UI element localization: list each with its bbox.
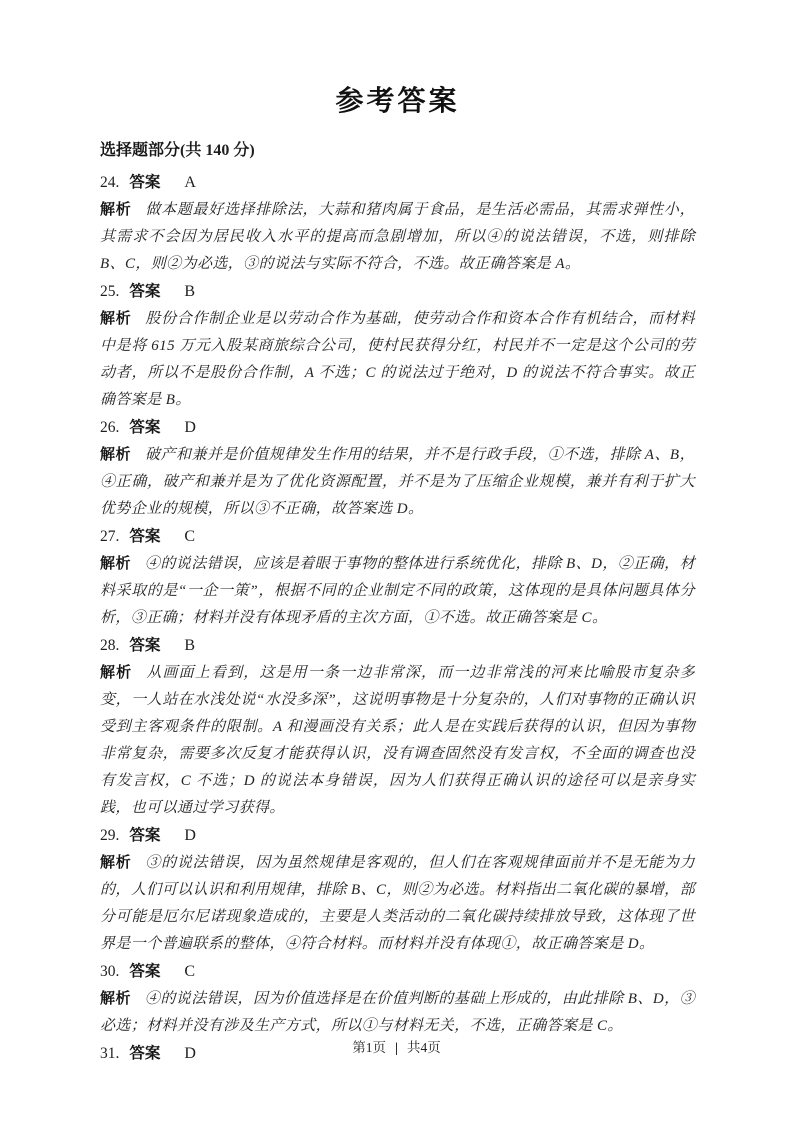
answer-letter: C xyxy=(184,528,195,545)
analysis-paragraph: 解析破产和兼并是价值规律发生作用的结果，并不是行政手段，①不选，排除 A、B，④… xyxy=(100,441,695,523)
answer-label: 答案 xyxy=(129,528,160,545)
answers-list: 24.答案A 解析做本题最好选择排除法，大蒜和猪肉属于食品，是生活必需品，其需求… xyxy=(100,169,695,1067)
answer-line: 29.答案D xyxy=(100,822,695,849)
analysis-text: 做本题最好选择排除法，大蒜和猪肉属于食品，是生活必需品，其需求弹性小，其需求不会… xyxy=(100,202,695,272)
section-header: 选择题部分(共 140 分) xyxy=(100,140,695,162)
answer-label: 答案 xyxy=(129,827,160,844)
answer-line: 27.答案C xyxy=(100,523,695,550)
question-number: 24. xyxy=(100,174,119,191)
analysis-paragraph: 解析④的说法错误，因为价值选择是在价值判断的基础上形成的，由此排除 B、D，③必… xyxy=(100,985,695,1040)
answer-label: 答案 xyxy=(129,963,160,980)
answer-line: 24.答案A xyxy=(100,169,695,196)
answer-letter: B xyxy=(184,283,195,300)
answer-label: 答案 xyxy=(129,283,160,300)
answer-letter: A xyxy=(184,174,196,191)
answer-label: 答案 xyxy=(129,419,160,436)
analysis-paragraph: 解析股份合作制企业是以劳动合作为基础，使劳动合作和资本合作有机结合，而材料中是将… xyxy=(100,305,695,414)
analysis-label: 解析 xyxy=(100,555,131,572)
analysis-paragraph: 解析④的说法错误，应该是着眼于事物的整体进行系统优化，排除 B、D，②正确，材料… xyxy=(100,550,695,632)
analysis-label: 解析 xyxy=(100,990,131,1007)
answer-item: 29.答案D 解析③的说法错误，因为虽然规律是客观的，但人们在客观规律面前并不是… xyxy=(100,822,695,958)
answer-line: 26.答案D xyxy=(100,414,695,441)
question-number: 25. xyxy=(100,283,119,300)
question-number: 29. xyxy=(100,827,119,844)
analysis-text: ④的说法错误，因为价值选择是在价值判断的基础上形成的，由此排除 B、D，③必选；… xyxy=(100,991,695,1034)
answer-letter: D xyxy=(184,419,196,436)
question-number: 27. xyxy=(100,528,119,545)
analysis-text: 破产和兼并是价值规律发生作用的结果，并不是行政手段，①不选，排除 A、B，④正确… xyxy=(100,447,695,517)
answer-letter: B xyxy=(184,637,195,654)
answer-letter: D xyxy=(184,827,196,844)
page-footer: 第1页|共4页 xyxy=(0,1036,793,1056)
answer-item: 24.答案A 解析做本题最好选择排除法，大蒜和猪肉属于食品，是生活必需品，其需求… xyxy=(100,169,695,278)
analysis-text: 股份合作制企业是以劳动合作为基础，使劳动合作和资本合作有机结合，而材料中是将 6… xyxy=(100,311,695,408)
footer-page-number: 第1页 xyxy=(352,1040,386,1055)
analysis-label: 解析 xyxy=(100,310,131,327)
section-points: (共 140 分) xyxy=(180,142,255,159)
analysis-paragraph: 解析从画面上看到，这是用一条一边非常深，而一边非常浅的河来比喻股市复杂多变，一人… xyxy=(100,659,695,822)
document-page: 参考答案 选择题部分(共 140 分) 24.答案A 解析做本题最好选择排除法，… xyxy=(0,0,793,1122)
document-content: 参考答案 选择题部分(共 140 分) 24.答案A 解析做本题最好选择排除法，… xyxy=(0,0,793,1067)
analysis-text: ④的说法错误，应该是着眼于事物的整体进行系统优化，排除 B、D，②正确，材料采取… xyxy=(100,556,695,626)
analysis-paragraph: 解析做本题最好选择排除法，大蒜和猪肉属于食品，是生活必需品，其需求弹性小，其需求… xyxy=(100,196,695,278)
answer-label: 答案 xyxy=(129,637,160,654)
page-title: 参考答案 xyxy=(100,84,695,118)
section-title: 选择题部分 xyxy=(100,142,180,159)
answer-line: 28.答案B xyxy=(100,632,695,659)
analysis-text: 从画面上看到，这是用一条一边非常深，而一边非常浅的河来比喻股市复杂多变，一人站在… xyxy=(100,665,695,816)
answer-line: 30.答案C xyxy=(100,958,695,985)
answer-item: 25.答案B 解析股份合作制企业是以劳动合作为基础，使劳动合作和资本合作有机结合… xyxy=(100,278,695,414)
answer-item: 28.答案B 解析从画面上看到，这是用一条一边非常深，而一边非常浅的河来比喻股市… xyxy=(100,632,695,822)
question-number: 28. xyxy=(100,637,119,654)
answer-line: 25.答案B xyxy=(100,278,695,305)
answer-label: 答案 xyxy=(129,174,160,191)
analysis-label: 解析 xyxy=(100,854,131,871)
analysis-label: 解析 xyxy=(100,664,132,681)
analysis-paragraph: 解析③的说法错误，因为虽然规律是客观的，但人们在客观规律面前并不是无能为力的，人… xyxy=(100,849,695,958)
analysis-label: 解析 xyxy=(100,201,131,218)
footer-total-pages: 共4页 xyxy=(407,1040,441,1055)
footer-separator: | xyxy=(395,1040,398,1056)
analysis-text: ③的说法错误，因为虽然规律是客观的，但人们在客观规律面前并不是无能为力的，人们可… xyxy=(100,855,695,952)
answer-item: 26.答案D 解析破产和兼并是价值规律发生作用的结果，并不是行政手段，①不选，排… xyxy=(100,414,695,523)
analysis-label: 解析 xyxy=(100,446,131,463)
answer-item: 30.答案C 解析④的说法错误，因为价值选择是在价值判断的基础上形成的，由此排除… xyxy=(100,958,695,1040)
question-number: 30. xyxy=(100,963,119,980)
question-number: 26. xyxy=(100,419,119,436)
answer-letter: C xyxy=(184,963,195,980)
answer-item: 27.答案C 解析④的说法错误，应该是着眼于事物的整体进行系统优化，排除 B、D… xyxy=(100,523,695,632)
